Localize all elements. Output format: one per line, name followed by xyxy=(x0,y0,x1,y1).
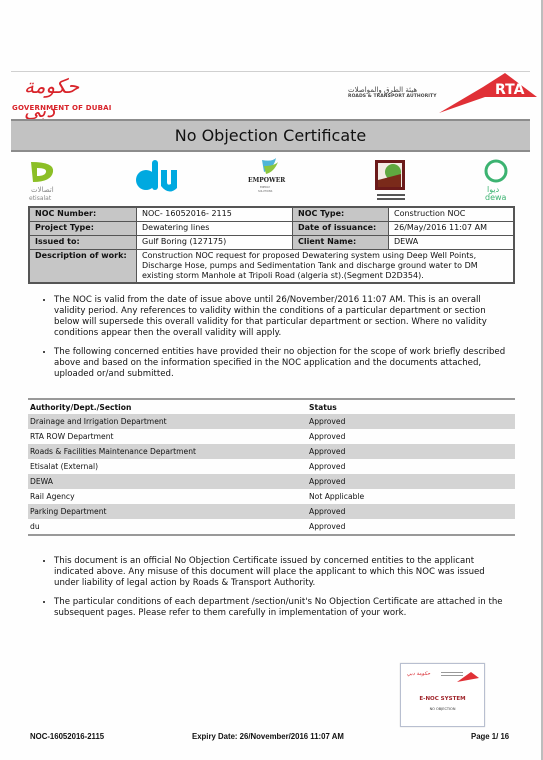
description-value: Construction NOC request for proposed De… xyxy=(137,250,515,284)
info-row: Issued to: Gulf Boring (127175) Client N… xyxy=(29,236,514,250)
svg-text:حكومة دبي: حكومة دبي xyxy=(407,671,431,677)
entities-note: The following concerned entities have pr… xyxy=(54,347,506,380)
status-value: Approved xyxy=(307,444,515,459)
svg-text:ENERGY: ENERGY xyxy=(260,185,271,189)
svg-text:SOLUTIONS: SOLUTIONS xyxy=(258,189,273,193)
date-of-issuance-label: Date of issuance: xyxy=(293,222,389,236)
table-row: DEWAApproved xyxy=(28,474,515,489)
status-value: Approved xyxy=(307,519,515,535)
government-of-dubai-logo: حكومة دبي GOVERNMENT OF DUBAI xyxy=(10,74,100,116)
status-value: Approved xyxy=(307,504,515,519)
dubai-municipality-logo-icon xyxy=(373,160,409,206)
table-row: Rail AgencyNot Applicable xyxy=(28,489,515,504)
table-row: Etisalat (External)Approved xyxy=(28,459,515,474)
date-of-issuance-value: 26/May/2016 11:07 AM xyxy=(389,222,515,236)
dewa-logo-icon: ديوا dewa xyxy=(479,158,513,206)
etisalat-logo-icon: اتصالات etisalat xyxy=(25,158,61,206)
authority-name: DEWA xyxy=(28,474,307,489)
rta-logo-icon: RTA xyxy=(425,73,537,115)
svg-text:EMPOWER: EMPOWER xyxy=(248,177,286,184)
authorities-table: Authority/Dept./Section Status Drainage … xyxy=(28,398,515,536)
authority-name: Drainage and Irrigation Department xyxy=(28,414,307,429)
authority-name: Etisalat (External) xyxy=(28,459,307,474)
conditions-note: The particular conditions of each depart… xyxy=(54,597,506,619)
header-divider xyxy=(11,71,530,72)
validity-notes: The NOC is valid from the date of issue … xyxy=(36,295,506,388)
authority-name: du xyxy=(28,519,307,535)
client-name-value: DEWA xyxy=(389,236,515,250)
status-column-header: Status xyxy=(307,399,515,414)
table-row: Parking DepartmentApproved xyxy=(28,504,515,519)
noc-info-table: NOC Number: NOC- 16052016- 2115 NOC Type… xyxy=(28,206,515,284)
table-row: duApproved xyxy=(28,519,515,535)
project-type-value: Dewatering lines xyxy=(137,222,293,236)
certificate-title-bar: No Objection Certificate xyxy=(11,119,530,152)
status-value: Approved xyxy=(307,474,515,489)
footer-expiry-date: Expiry Date: 26/November/2016 11:07 AM xyxy=(192,732,344,741)
noc-type-label: NOC Type: xyxy=(293,207,389,222)
footer-noc-number: NOC-16052016-2115 xyxy=(30,732,104,741)
stamp-header-logos-icon: حكومة دبي xyxy=(401,666,484,686)
status-value: Approved xyxy=(307,459,515,474)
rta-name-english: ROADS & TRANSPORT AUTHORITY xyxy=(348,94,437,99)
info-row: Project Type: Dewatering lines Date of i… xyxy=(29,222,514,236)
description-label: Description of work: xyxy=(29,250,137,284)
svg-text:etisalat: etisalat xyxy=(29,195,52,202)
page-title: No Objection Certificate xyxy=(175,126,367,145)
legal-note: This document is an official No Objectio… xyxy=(54,556,506,589)
table-row: RTA ROW DepartmentApproved xyxy=(28,429,515,444)
stamp-subtitle: NO OBJECTION xyxy=(401,707,484,711)
svg-text:اتصالات: اتصالات xyxy=(31,186,54,194)
issued-to-value: Gulf Boring (127175) xyxy=(137,236,293,250)
status-value: Not Applicable xyxy=(307,489,515,504)
authority-name: Rail Agency xyxy=(28,489,307,504)
authority-name: Roads & Facilities Maintenance Departmen… xyxy=(28,444,307,459)
enoc-system-stamp: حكومة دبي E-NOC SYSTEM NO OBJECTION xyxy=(400,663,485,727)
gov-logo-arabic: حكومة دبي xyxy=(24,74,100,122)
table-row: Drainage and Irrigation DepartmentApprov… xyxy=(28,414,515,429)
status-value: Approved xyxy=(307,414,515,429)
du-logo-icon xyxy=(133,158,177,202)
authority-column-header: Authority/Dept./Section xyxy=(28,399,307,414)
authority-name: RTA ROW Department xyxy=(28,429,307,444)
noc-type-value: Construction NOC xyxy=(389,207,515,222)
client-name-label: Client Name: xyxy=(293,236,389,250)
issued-to-label: Issued to: xyxy=(29,236,137,250)
authority-name: Parking Department xyxy=(28,504,307,519)
legal-notes: This document is an official No Objectio… xyxy=(36,556,506,627)
rta-name-arabic: هيئة الطرق والمواصلات xyxy=(348,86,437,94)
svg-text:dewa: dewa xyxy=(485,193,507,202)
rta-name: هيئة الطرق والمواصلات ROADS & TRANSPORT … xyxy=(348,86,437,99)
empower-logo-icon: EMPOWER ENERGY SOLUTIONS xyxy=(244,158,294,198)
validity-note: The NOC is valid from the date of issue … xyxy=(54,295,506,339)
table-row: Roads & Facilities Maintenance Departmen… xyxy=(28,444,515,459)
info-row: Description of work: Construction NOC re… xyxy=(29,250,514,284)
svg-text:RTA: RTA xyxy=(495,82,525,98)
entity-logos: اتصالات etisalat EMPOWER ENERGY SOLUTION… xyxy=(11,156,530,206)
noc-number-value: NOC- 16052016- 2115 xyxy=(137,207,293,222)
authorities-header-row: Authority/Dept./Section Status xyxy=(28,399,515,414)
stamp-title: E-NOC SYSTEM xyxy=(401,696,484,702)
noc-number-label: NOC Number: xyxy=(29,207,137,222)
footer-page-number: Page 1/ 16 xyxy=(471,732,509,741)
status-value: Approved xyxy=(307,429,515,444)
project-type-label: Project Type: xyxy=(29,222,137,236)
info-row: NOC Number: NOC- 16052016- 2115 NOC Type… xyxy=(29,207,514,222)
gov-logo-english: GOVERNMENT OF DUBAI xyxy=(12,104,112,112)
